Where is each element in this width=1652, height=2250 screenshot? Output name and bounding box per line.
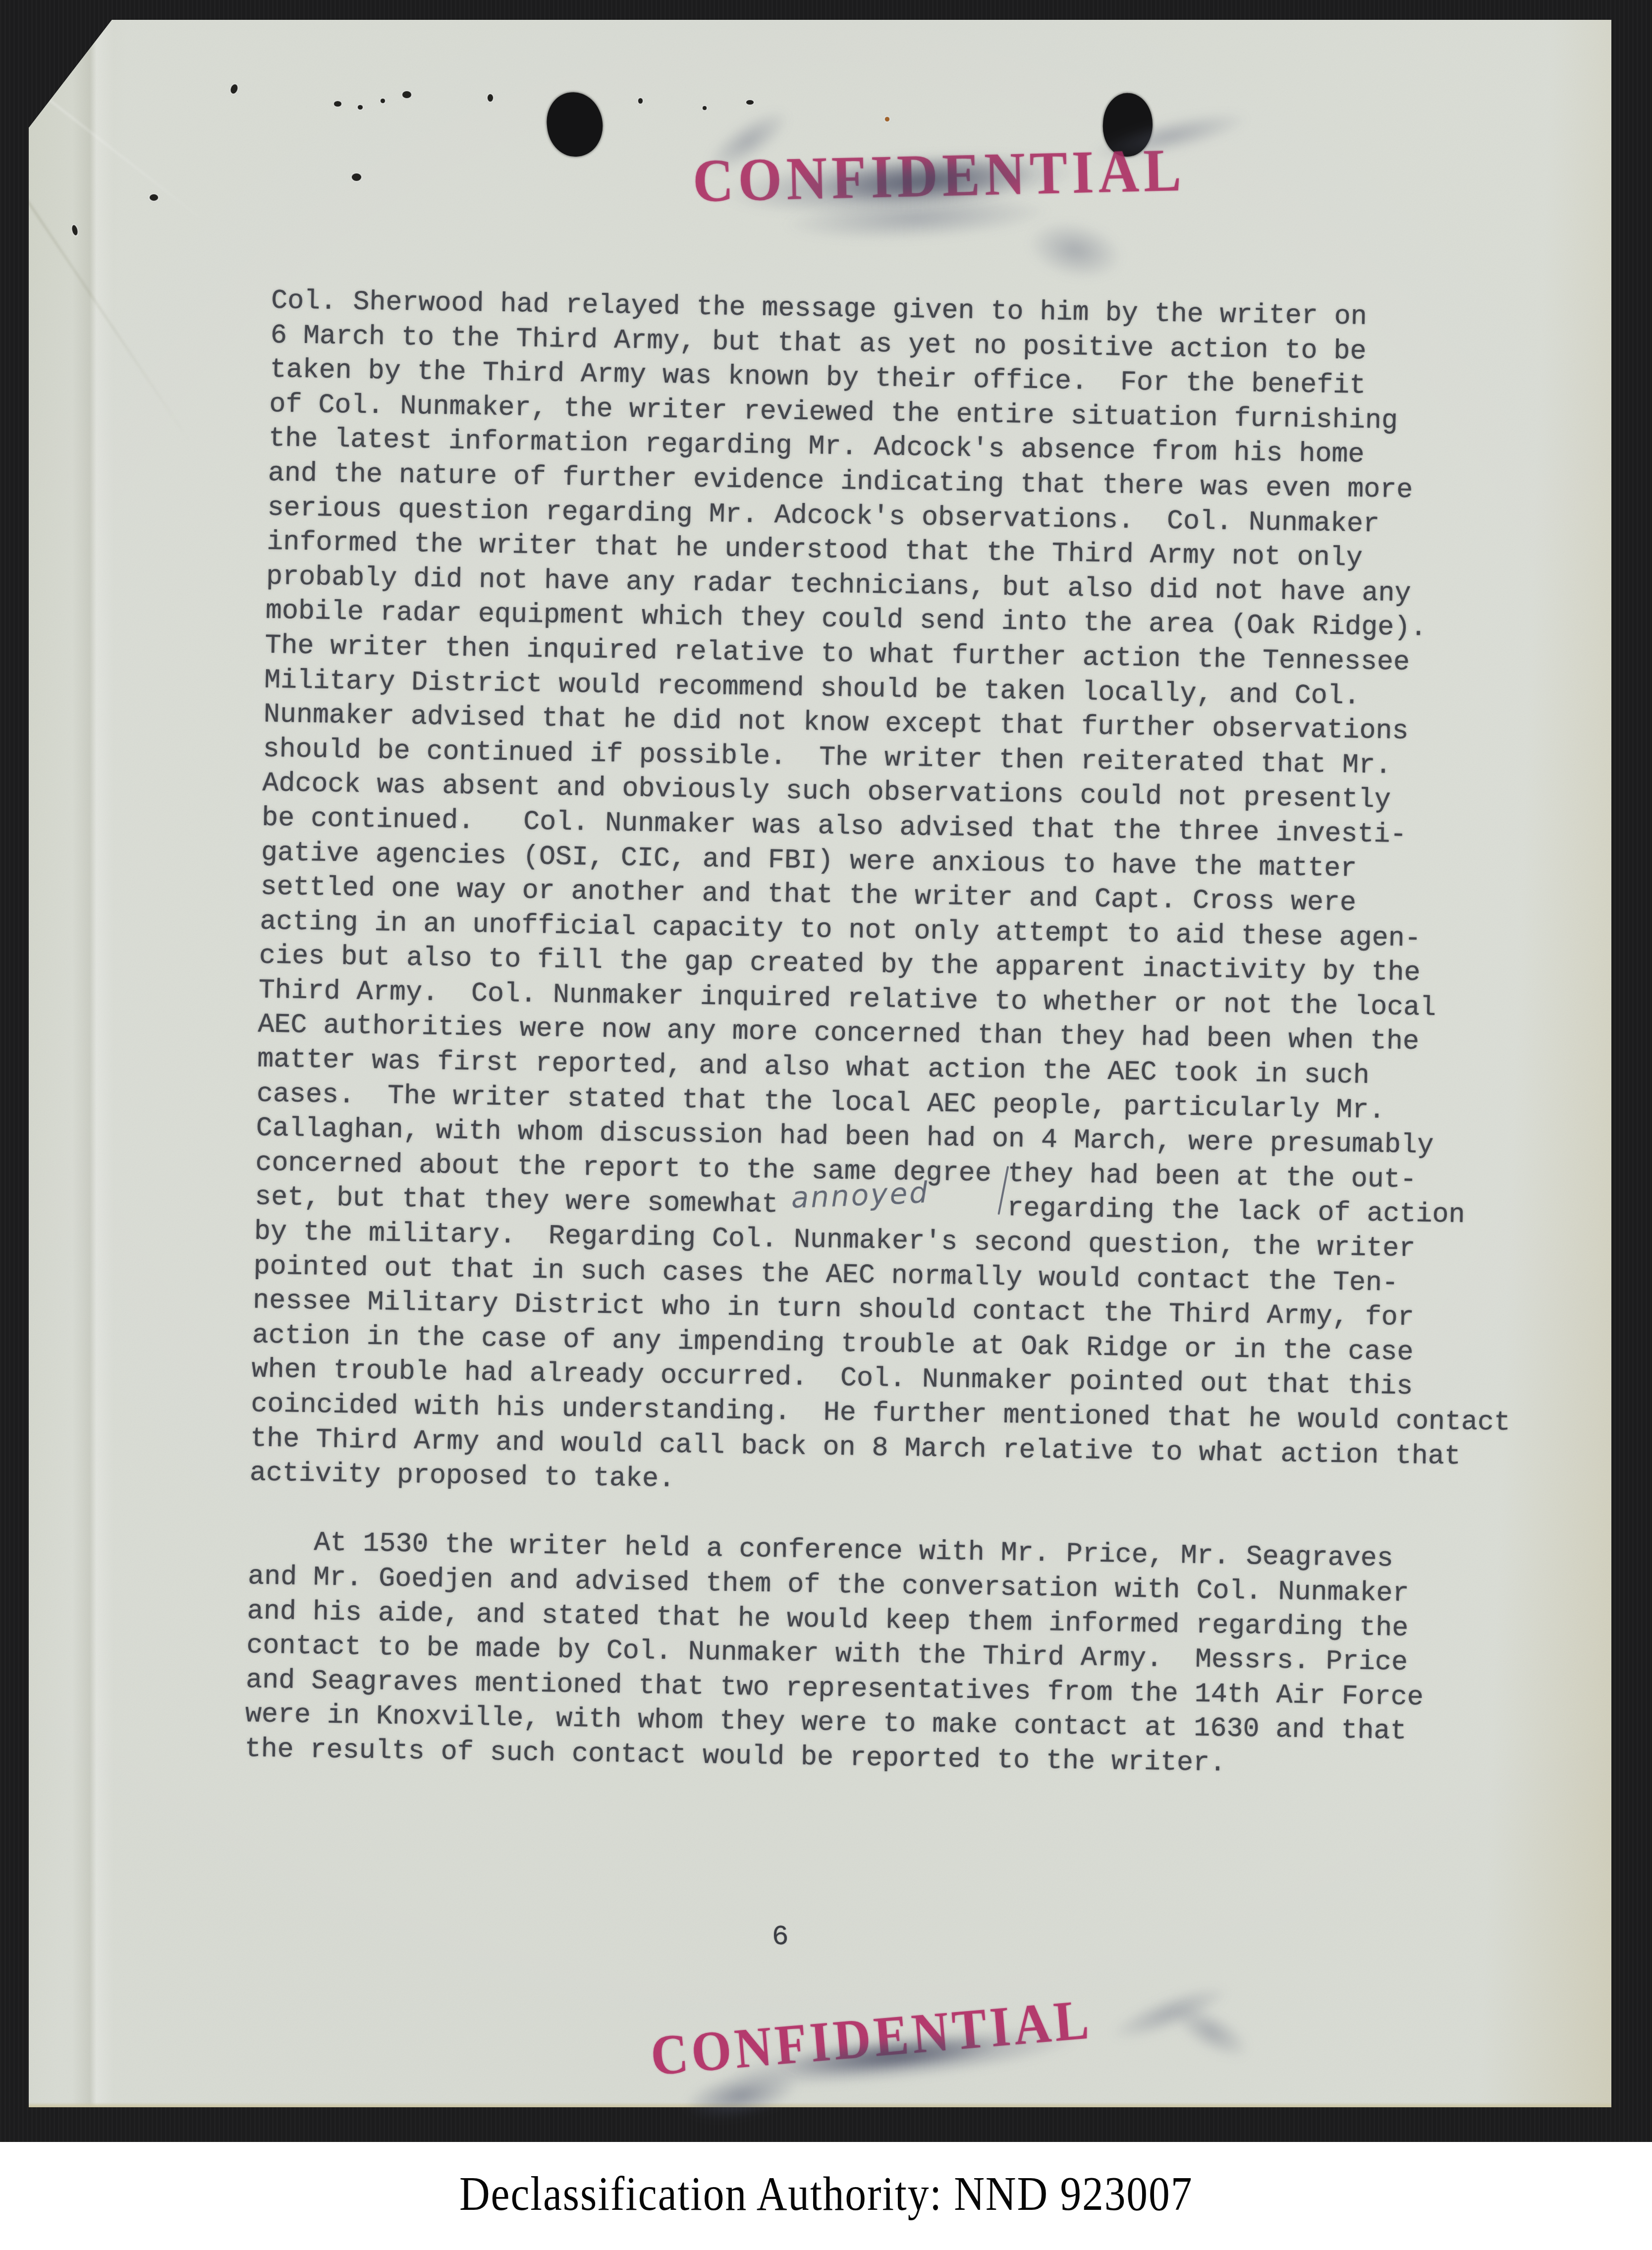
paper-speck: [381, 99, 385, 103]
typewritten-text-block: Col. Sherwood had relayed the message gi…: [244, 283, 1580, 1786]
declassification-authority-text: Declassification Authority: NND 923007: [459, 2166, 1193, 2221]
paper-speck: [334, 101, 341, 107]
paper-speck: [150, 194, 158, 201]
paper-speck: [358, 105, 363, 110]
declassification-footer: Declassification Authority: NND 923007: [0, 2142, 1652, 2250]
paper-speck: [885, 117, 889, 121]
paper-speck: [488, 94, 493, 102]
handwritten-annotation: annoyed: [791, 1176, 931, 1214]
scanned-document-page: CONFIDENTIAL Col. Sherwood had relayed t…: [0, 0, 1652, 2250]
paper-speck: [352, 173, 361, 181]
paragraph-2: At 1530 the writer held a conference wit…: [244, 1525, 1557, 1786]
paragraph-1: Col. Sherwood had relayed the message gi…: [249, 283, 1580, 1510]
paper-speck: [638, 98, 643, 104]
paper-speck: [746, 100, 754, 105]
paper-speck: [703, 106, 707, 110]
paper-speck: [402, 91, 411, 98]
page-number: 6: [771, 1920, 789, 1953]
